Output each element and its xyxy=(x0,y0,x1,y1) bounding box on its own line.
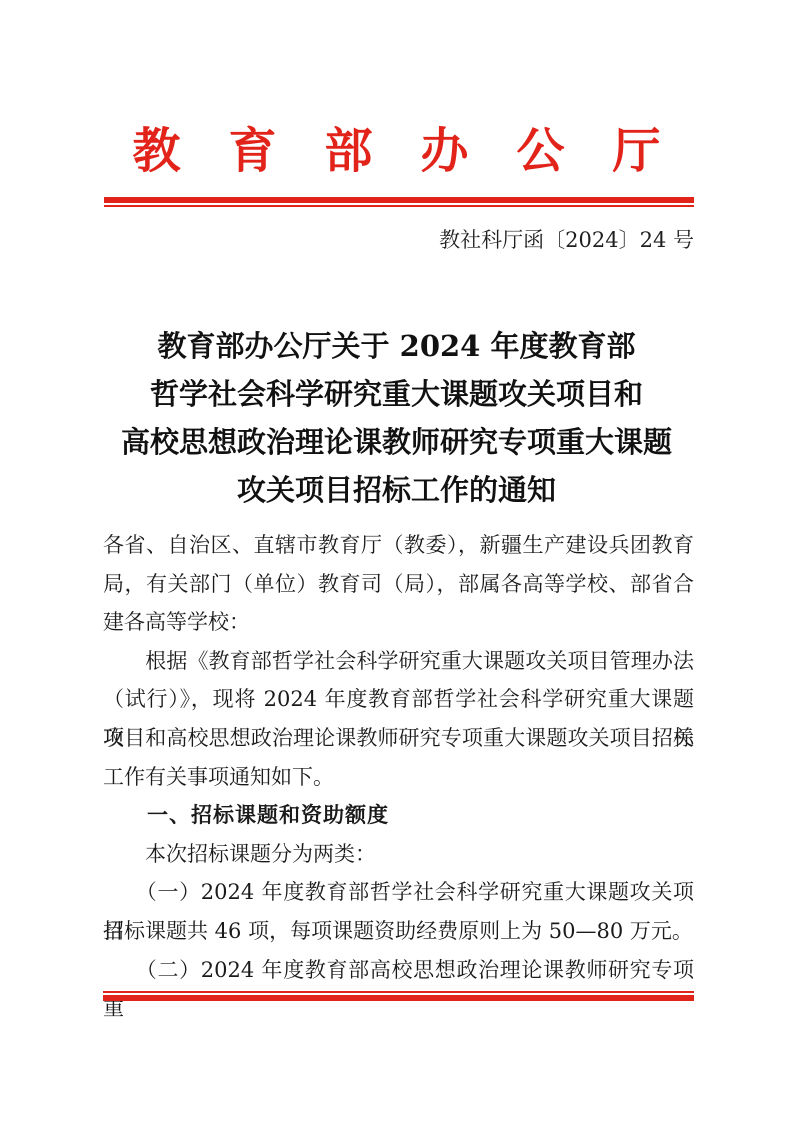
title-line: 教育部办公厅关于 2024 年度教育部 xyxy=(0,322,793,370)
body-text-line: 招标课题共 46 项，每项课题资助经费原则上为 50—80 万元。 xyxy=(103,912,694,951)
document-page: 教 育 部 办 公 厅 教社科厅函〔2024〕24 号 教育部办公厅关于 202… xyxy=(0,0,793,1122)
title-line: 哲学社会科学研究重大课题攻关项目和 xyxy=(0,370,793,418)
body-text-line: 根据《教育部哲学社会科学研究重大课题攻关项目管理办法 xyxy=(103,642,694,681)
red-separator-bottom-thick-line xyxy=(103,995,694,1001)
red-separator-top-thin-line xyxy=(104,205,694,207)
title-line: 高校思想政治理论课教师研究专项重大课题 xyxy=(0,418,793,466)
body-text-line: 工作有关事项通知如下。 xyxy=(103,758,694,797)
body-text-line: 项目和高校思想政治理论课教师研究专项重大课题攻关项目招标 xyxy=(103,719,694,758)
document-number: 教社科厅函〔2024〕24 号 xyxy=(104,226,694,254)
red-separator-bottom xyxy=(103,991,694,1001)
red-separator-top xyxy=(104,197,694,207)
body-text-line: 局，有关部门（单位）教育司（局），部属各高等学校、部省合 xyxy=(103,565,694,604)
section-heading-line: 一、招标课题和资助额度 xyxy=(103,796,694,835)
body-text-line: （试行）》，现将 2024 年度教育部哲学社会科学研究重大课题攻关 xyxy=(103,680,694,719)
notice-title: 教育部办公厅关于 2024 年度教育部哲学社会科学研究重大课题攻关项目和高校思想… xyxy=(0,322,793,514)
agency-masthead-title: 教 育 部 办 公 厅 xyxy=(0,116,793,186)
title-line: 攻关项目招标工作的通知 xyxy=(0,466,793,514)
body-text-line: 建各高等学校： xyxy=(103,603,694,642)
notice-body: 各省、自治区、直辖市教育厅（教委），新疆生产建设兵团教育局，有关部门（单位）教育… xyxy=(103,526,694,989)
body-text-line: （二）2024 年度教育部高校思想政治理论课教师研究专项重 xyxy=(103,951,694,990)
body-text-line: 本次招标课题分为两类： xyxy=(103,835,694,874)
body-text-line: （一）2024 年度教育部哲学社会科学研究重大课题攻关项目 xyxy=(103,873,694,912)
body-text-line: 各省、自治区、直辖市教育厅（教委），新疆生产建设兵团教育 xyxy=(103,526,694,565)
